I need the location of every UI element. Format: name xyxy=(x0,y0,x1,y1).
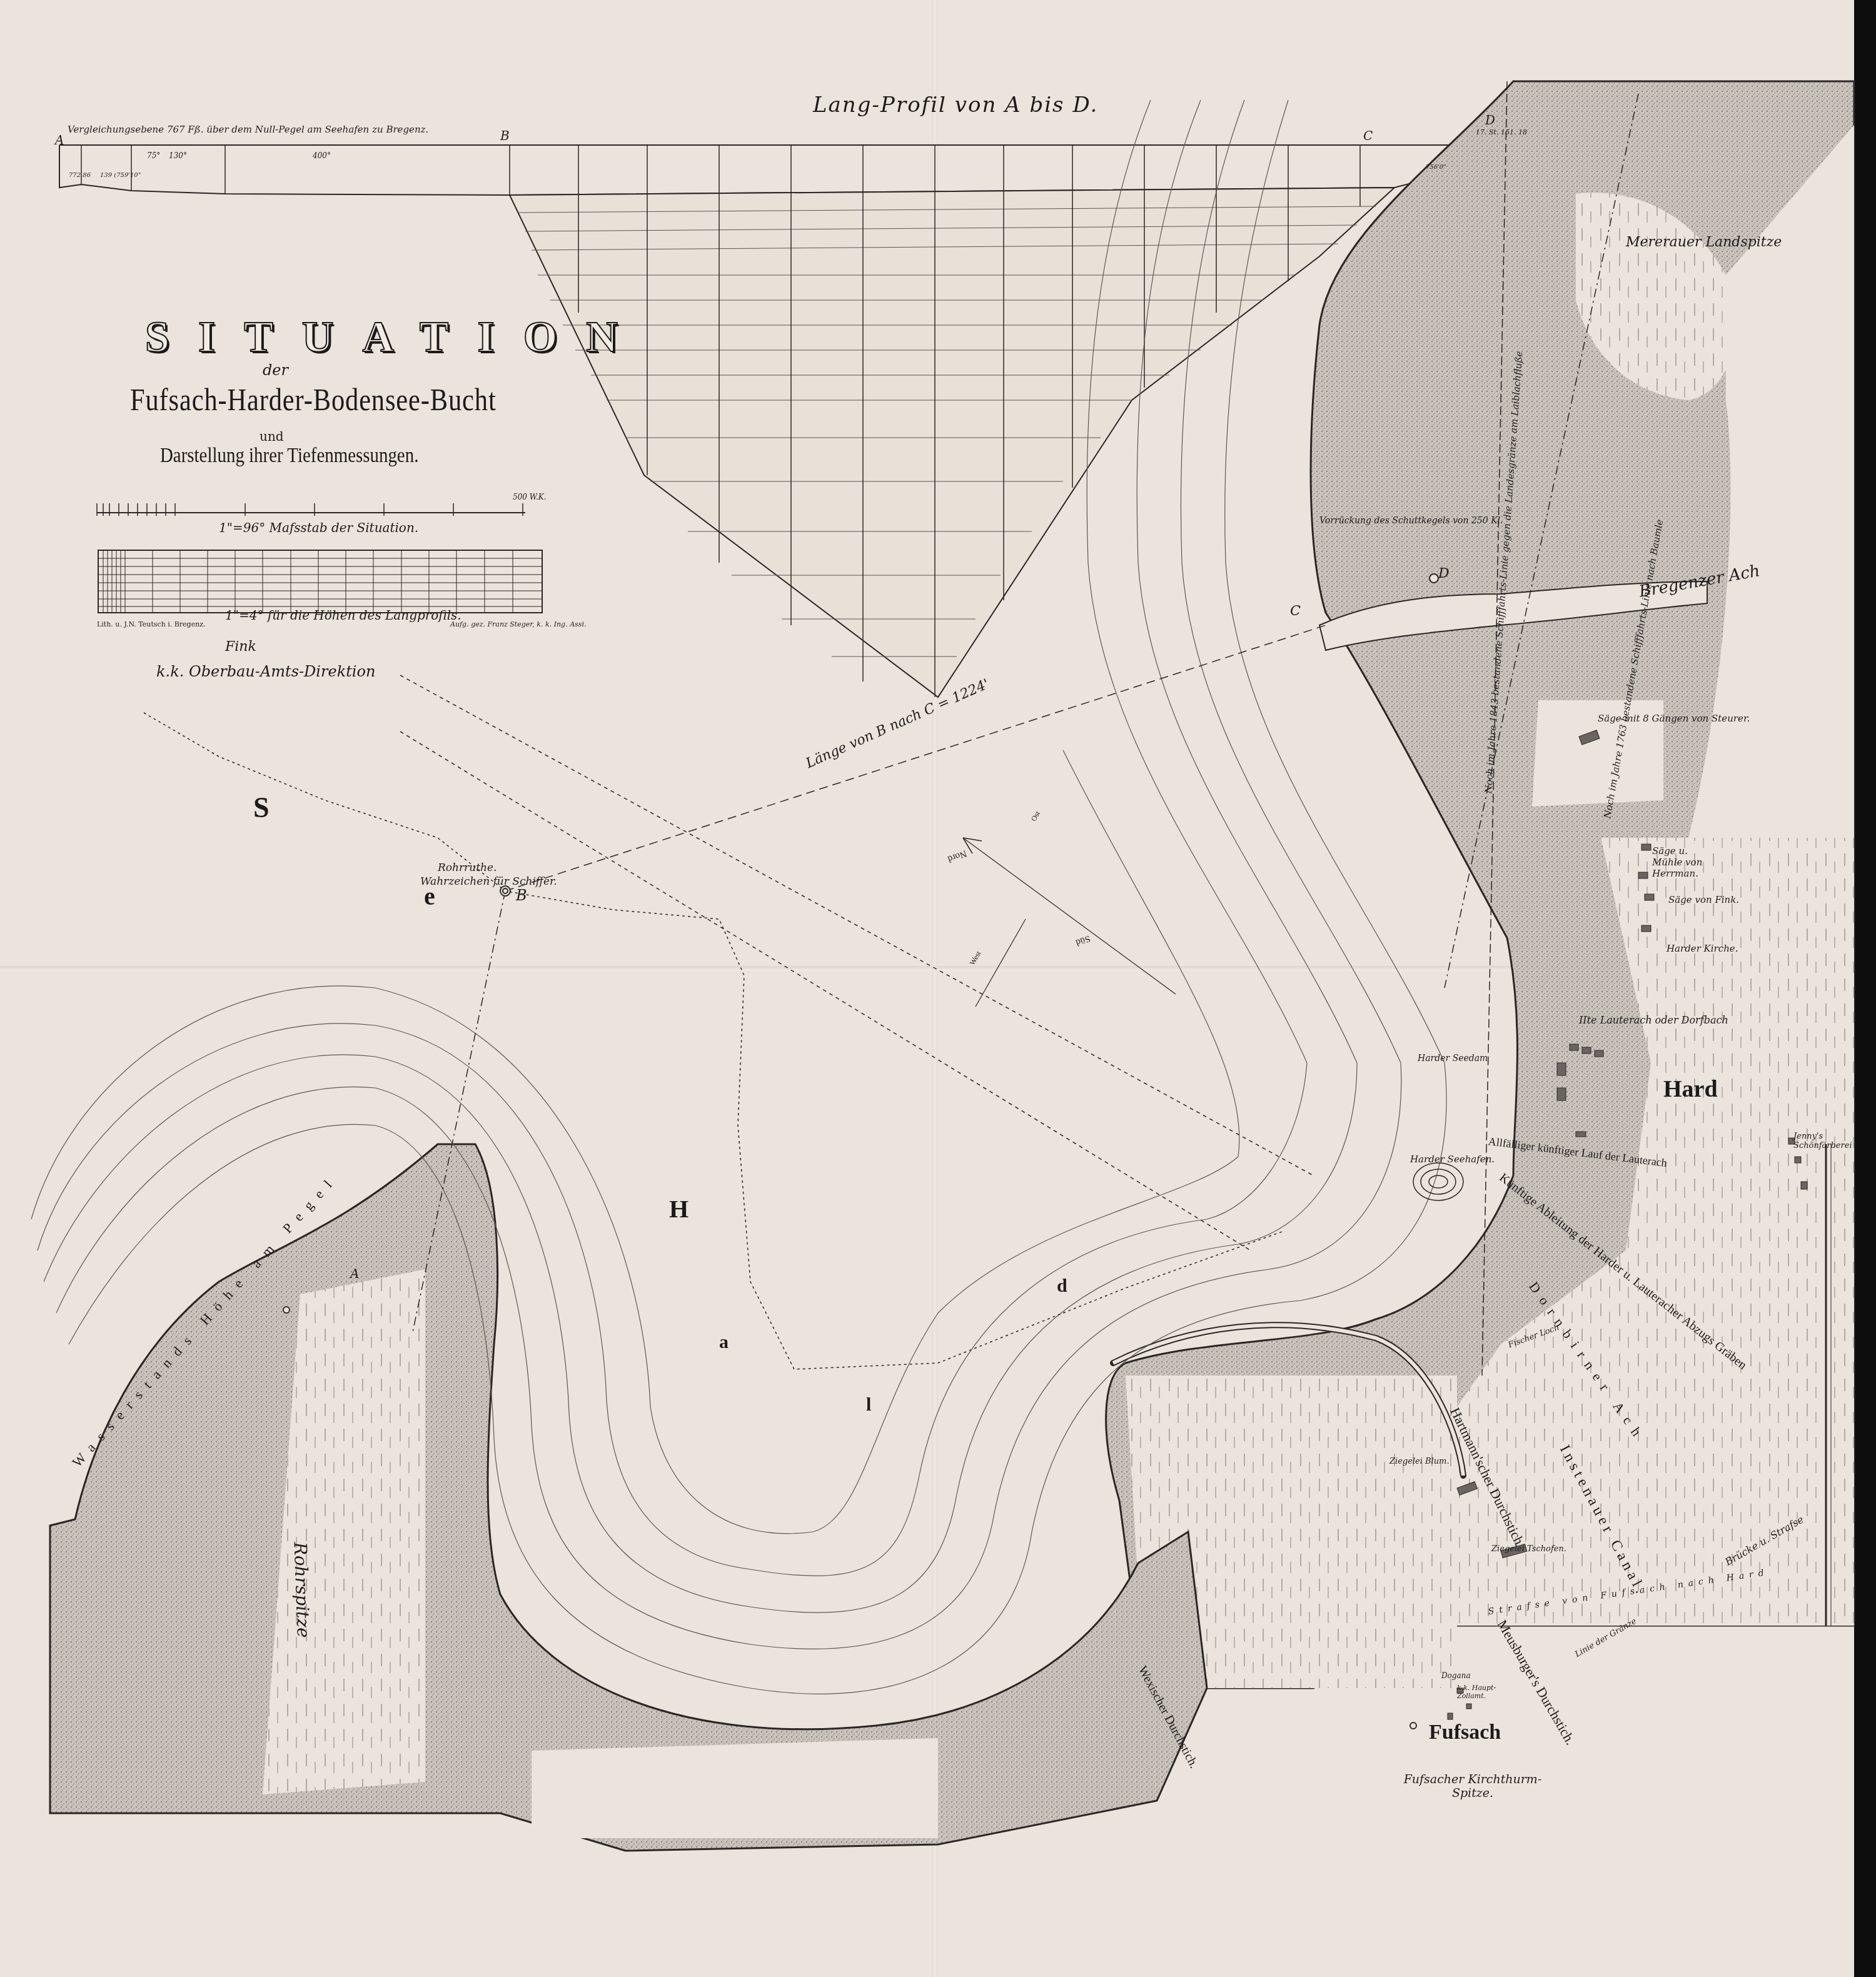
lake-letter-l: l xyxy=(866,1394,871,1416)
label-rohrspitze: Rohrspitze xyxy=(290,1542,314,1638)
profile-dist-130: 130° xyxy=(169,151,187,160)
scale-situation-end-tick: 500 W.K. xyxy=(513,493,547,501)
label-point-a: A xyxy=(350,1266,359,1281)
title-der: der xyxy=(263,361,288,379)
label-fussach: Fufsach xyxy=(1429,1721,1501,1744)
profile-d-label: 17. St. 151. 18 xyxy=(1476,128,1527,136)
label-dogana: Dogana xyxy=(1441,1671,1471,1680)
profile-depth-end: 756'0" xyxy=(1426,164,1446,171)
map-drawing xyxy=(0,0,1876,1977)
label-point-c: C xyxy=(1290,603,1301,619)
profile-point-b: B xyxy=(500,128,510,143)
lake-letter-s: S xyxy=(253,791,270,824)
profile-dist-400: 400° xyxy=(313,151,331,160)
profile-title: Lang-Profil von A bis D. xyxy=(813,93,1098,118)
title-und: und xyxy=(260,429,284,444)
label-mererauer-landspitze: Mererauer Landspitze xyxy=(1626,234,1782,250)
profile-datum-note: Vergleichungsebene 767 Fß. über dem Null… xyxy=(68,124,428,135)
lithographer-credit: Lith. u. J.N. Teutsch i. Bregenz. xyxy=(97,620,206,628)
label-fussacher-kirchthurm: Fufsacher Kirchthurm-Spitze. xyxy=(1391,1773,1554,1800)
scale-profile-caption: 1"=4° für die Höhen des Langprofils. xyxy=(225,608,461,623)
profile-point-d: D xyxy=(1485,113,1495,128)
label-saege-fink: Säge von Fink. xyxy=(1668,894,1739,905)
label-point-d: D xyxy=(1438,566,1450,581)
map-subtitle: Fufsach-Harder-Bodensee-Bucht xyxy=(130,381,497,418)
label-vorrueckung: Vorrückung des Schuttkegels von 250 Kl. xyxy=(1319,516,1503,526)
label-rohrruthe: Rohrruthe. xyxy=(438,862,497,874)
label-harder-seedam: Harder Seedam xyxy=(1418,1054,1488,1064)
label-zollamt: k.k. Haupt-Zollamt. xyxy=(1457,1684,1501,1700)
lake-letter-e: e xyxy=(424,882,435,911)
lake-letter-h: H xyxy=(669,1194,688,1224)
label-jenny-schoenfaerberei: Jenny's Schönfärberei xyxy=(1793,1132,1831,1150)
label-ziegelei-tschofen: Ziegelei Tschofen. xyxy=(1491,1544,1566,1554)
scale-situation-caption: 1"=96° Mafsstab der Situation. xyxy=(219,520,418,535)
signature-name: Fink xyxy=(225,639,256,655)
profile-point-c: C xyxy=(1363,128,1373,143)
lake-letter-a: a xyxy=(719,1332,729,1353)
signature: k.k. Oberbau-Amts-Direktion xyxy=(156,663,375,680)
surveyor-credit: Aufg. gez. Franz Steger, k. k. Ing. Assi… xyxy=(450,620,586,628)
label-point-b: B xyxy=(516,887,527,904)
label-saege-herrman: Säge u. Mühle von Herrman. xyxy=(1652,845,1715,879)
profile-point-a: A xyxy=(55,133,64,148)
label-harder-kirche: Harder Kirche. xyxy=(1667,943,1738,954)
label-wahrzeichen: Wahrzeichen für Schiffer. xyxy=(420,875,557,888)
profile-dist-75: 75° xyxy=(147,151,160,160)
rohrspitze-land xyxy=(50,1144,1207,1851)
map-subtitle2: Darstellung ihrer Tiefenmessungen. xyxy=(160,444,418,468)
label-saege-steurer: Säge mit 8 Gängen von Steurer. xyxy=(1598,713,1750,724)
label-ziegelei-blum: Ziegelei Blum. xyxy=(1389,1457,1450,1466)
profile-depth-2: 139 (759'10" xyxy=(100,172,141,179)
profile-depth-a: 772.86 xyxy=(69,172,91,179)
lake-letter-d: d xyxy=(1057,1275,1067,1297)
label-harder-seehafen: Harder Seehafen. xyxy=(1410,1154,1495,1165)
label-hard: Hard xyxy=(1663,1075,1718,1103)
map-title: SITUATION xyxy=(145,313,647,363)
label-lauterach: IIte Lauterach oder Dorfbach xyxy=(1579,1014,1728,1026)
